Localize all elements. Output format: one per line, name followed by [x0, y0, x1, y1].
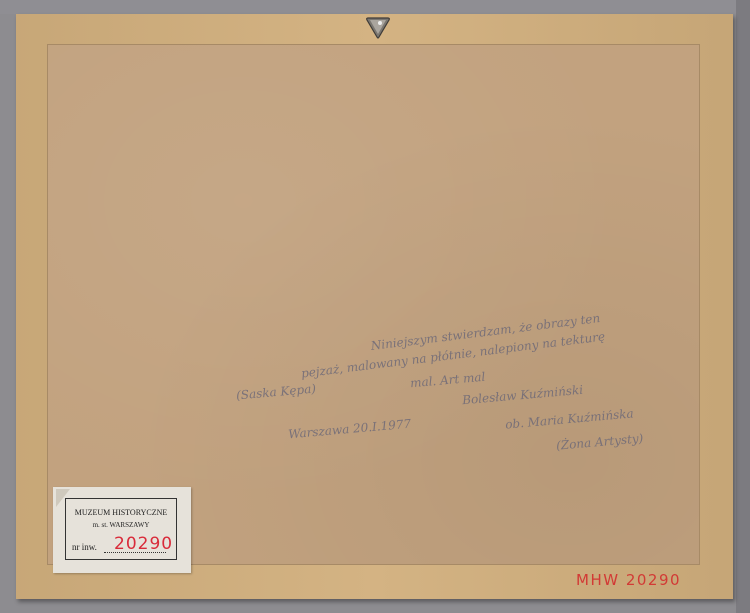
museum-label-border: MUZEUM HISTORYCZNE m. st. WARSZAWY nr in… — [65, 498, 177, 560]
inventory-mark: MHW 20290 — [576, 571, 681, 589]
museum-label-number: 20290 — [114, 534, 173, 554]
wall-background-right — [736, 0, 750, 613]
museum-label-subtitle: m. st. WARSZAWY — [66, 521, 176, 529]
museum-label-nr: nr inw. — [72, 542, 97, 552]
wall-background-top — [0, 0, 750, 14]
hanger-icon — [365, 15, 391, 41]
museum-label: MUZEUM HISTORYCZNE m. st. WARSZAWY nr in… — [53, 487, 191, 573]
museum-label-title: MUZEUM HISTORYCZNE — [66, 508, 176, 517]
label-folded-corner — [56, 489, 70, 507]
